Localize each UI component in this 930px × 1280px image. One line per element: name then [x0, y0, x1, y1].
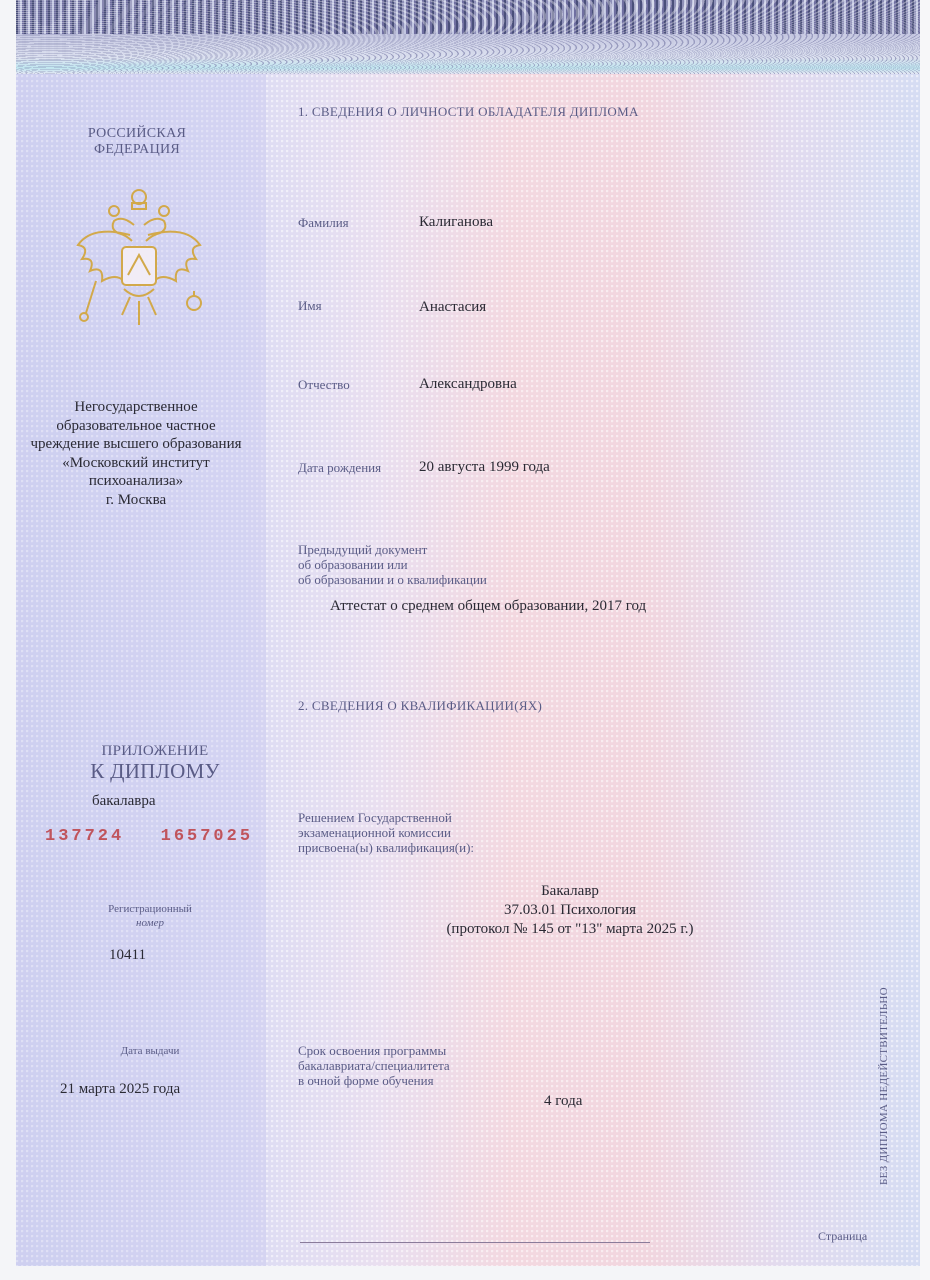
- previous-document-label-line: Предыдущий документ: [298, 542, 487, 557]
- previous-document-label-line: об образовании или: [298, 557, 487, 572]
- institution-line: образовательное частное: [0, 417, 272, 436]
- decision-label-line: Решением Государственной: [298, 810, 474, 825]
- study-duration-label: Срок освоения программы бакалавриата/спе…: [298, 1043, 450, 1088]
- invalid-without-diploma-note: БЕЗ ДИПЛОМА НЕДЕЙСТВИТЕЛЬНО: [878, 987, 890, 1185]
- decision-label-line: присвоена(ы) квалификация(и):: [298, 840, 474, 855]
- institution-line: чреждение высшего образования: [0, 435, 272, 454]
- field-value-surname: Калиганова: [419, 214, 493, 231]
- field-label-first-name: Имя: [298, 298, 322, 314]
- institution-line: г. Москва: [0, 491, 272, 510]
- serial-number: 137724 1657025: [45, 827, 253, 846]
- country-line-2: ФЕДЕРАЦИЯ: [62, 142, 212, 158]
- duration-label-line: в очной форме обучения: [298, 1073, 450, 1088]
- section-1-heading: 1. СВЕДЕНИЯ О ЛИЧНОСТИ ОБЛАДАТЕЛЯ ДИПЛОМ…: [298, 104, 639, 120]
- field-value-birth-date: 20 августа 1999 года: [419, 459, 550, 476]
- duration-label-line: Срок освоения программы: [298, 1043, 450, 1058]
- qualification-protocol: (протокол № 145 от "13" марта 2025 г.): [400, 920, 740, 939]
- institution-line: «Московский институт: [0, 454, 272, 473]
- study-duration-value: 4 года: [544, 1093, 582, 1110]
- page-label: Страница: [818, 1229, 867, 1244]
- field-value-patronymic: Александровна: [419, 376, 517, 393]
- previous-document-label: Предыдущий документ об образовании или о…: [298, 542, 487, 587]
- qualification-decision-label: Решением Государственной экзаменационной…: [298, 810, 474, 855]
- registration-label-line-1: Регистрационный: [80, 902, 220, 916]
- field-label-birth-date: Дата рождения: [298, 460, 381, 476]
- registration-label: Регистрационный номер: [80, 902, 220, 930]
- registration-label-line-2: номер: [80, 916, 220, 930]
- serial-number-value: 1657025: [161, 827, 253, 846]
- serial-series: 137724: [45, 827, 124, 846]
- guilloche-border-pattern: [16, 34, 920, 74]
- appendix-title: ПРИЛОЖЕНИЕ К ДИПЛОМУ: [60, 742, 250, 782]
- signature-line: [300, 1242, 650, 1243]
- institution-name: Негосударственное образовательное частно…: [0, 398, 272, 509]
- double-headed-eagle-emblem-icon: [72, 185, 206, 330]
- qualification-specialty: 37.03.01 Психология: [400, 901, 740, 920]
- duration-label-line: бакалавриата/специалитета: [298, 1058, 450, 1073]
- field-label-surname: Фамилия: [298, 215, 349, 231]
- issue-date-label: Дата выдачи: [80, 1045, 220, 1057]
- field-value-first-name: Анастасия: [419, 299, 486, 316]
- country-line-1: РОССИЙСКАЯ: [62, 126, 212, 142]
- previous-document-label-line: об образовании и о квалификации: [298, 572, 487, 587]
- institution-line: Негосударственное: [0, 398, 272, 417]
- field-label-patronymic: Отчество: [298, 377, 350, 393]
- country-name: РОССИЙСКАЯ ФЕДЕРАЦИЯ: [62, 126, 212, 158]
- registration-number: 10411: [109, 947, 146, 964]
- qualification-title: Бакалавр: [400, 882, 740, 901]
- issue-date: 21 марта 2025 года: [60, 1081, 180, 1098]
- appendix-line-2: К ДИПЛОМУ: [60, 760, 250, 782]
- degree-level: бакалавра: [92, 793, 156, 810]
- institution-line: психоанализа»: [0, 472, 272, 491]
- page-edge: [920, 0, 930, 1280]
- qualification-block: Бакалавр 37.03.01 Психология (протокол №…: [400, 882, 740, 939]
- appendix-line-1: ПРИЛОЖЕНИЕ: [60, 742, 250, 760]
- previous-document-value: Аттестат о среднем общем образовании, 20…: [330, 598, 646, 615]
- section-2-heading: 2. СВЕДЕНИЯ О КВАЛИФИКАЦИИ(ЯХ): [298, 698, 542, 714]
- decision-label-line: экзаменационной комиссии: [298, 825, 474, 840]
